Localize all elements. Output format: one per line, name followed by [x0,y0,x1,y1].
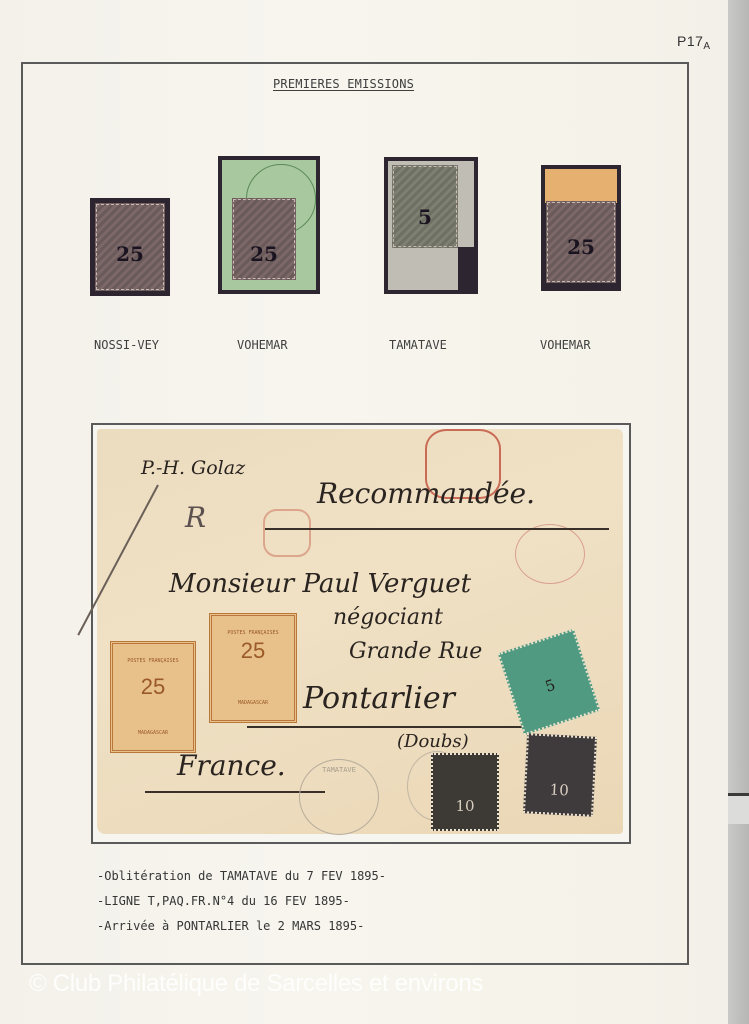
page-title: PREMIERES EMISSIONS [273,77,414,91]
postal-cover: P.-H. Golaz R Recommandée. Monsieur Paul… [91,423,631,844]
stamp-label: NOSSI-VEY [94,338,159,352]
annotation-mark: R [185,501,206,534]
page-number: P17A [677,33,711,52]
registered-label: Recommandée. [317,477,535,510]
address-line: Grande Rue [349,639,482,664]
stamp-label: TAMATAVE [389,338,447,352]
postage-due-stamp: POSTES FRANÇAISES 25 MADAGASCAR [110,641,196,753]
stamp-label: VOHEMAR [540,338,591,352]
address-line: négociant [333,605,443,630]
scanner-edge [728,0,749,1024]
note-line: -LIGNE T,PAQ.FR.N°4 du 16 FEV 1895- [97,891,386,916]
note-line: -Arrivée à PONTARLIER le 2 MARS 1895- [97,916,386,941]
sender-name: P.-H. Golaz [141,457,245,479]
sage-stamp-10c: 10 [523,733,597,817]
stamp-vohemar-green: 25 [218,156,320,294]
postmark-faint [263,509,311,557]
address-line: (Doubs) [397,731,469,752]
cover-notes: -Oblitération de TAMATAVE du 7 FEV 1895-… [97,866,386,941]
album-page: P17A PREMIERES EMISSIONS 25 25 5 25 NOSS… [0,0,728,1024]
stamp-tamatave: 5 [384,157,478,294]
postmark-tamatave: TAMATAVE [299,759,379,835]
stamp-surcharge: 25 [208,242,320,266]
sage-stamp-10c: 10 [431,753,499,831]
note-line: -Oblitération de TAMATAVE du 7 FEV 1895- [97,866,386,891]
postage-due-stamp: POSTES FRANÇAISES 25 MADAGASCAR [209,613,297,723]
copyright-watermark: © Club Philatélique de Sarcelles et envi… [29,970,483,998]
address-line: Pontarlier [303,681,455,716]
stamp-nossi-vey: 25 [90,198,170,296]
postmark-faint [515,524,585,584]
address-line: France. [177,749,286,782]
envelope: P.-H. Golaz R Recommandée. Monsieur Paul… [97,429,623,834]
stamp-label: VOHEMAR [237,338,288,352]
stamp-surcharge: 25 [541,235,621,259]
stamp-vohemar-orange: 25 [541,165,621,291]
address-line: Monsieur Paul Verguet [169,569,471,599]
stamp-surcharge: 5 [372,205,478,229]
stamp-surcharge: 25 [90,242,170,266]
sage-stamp-5c: 5 [498,629,601,736]
